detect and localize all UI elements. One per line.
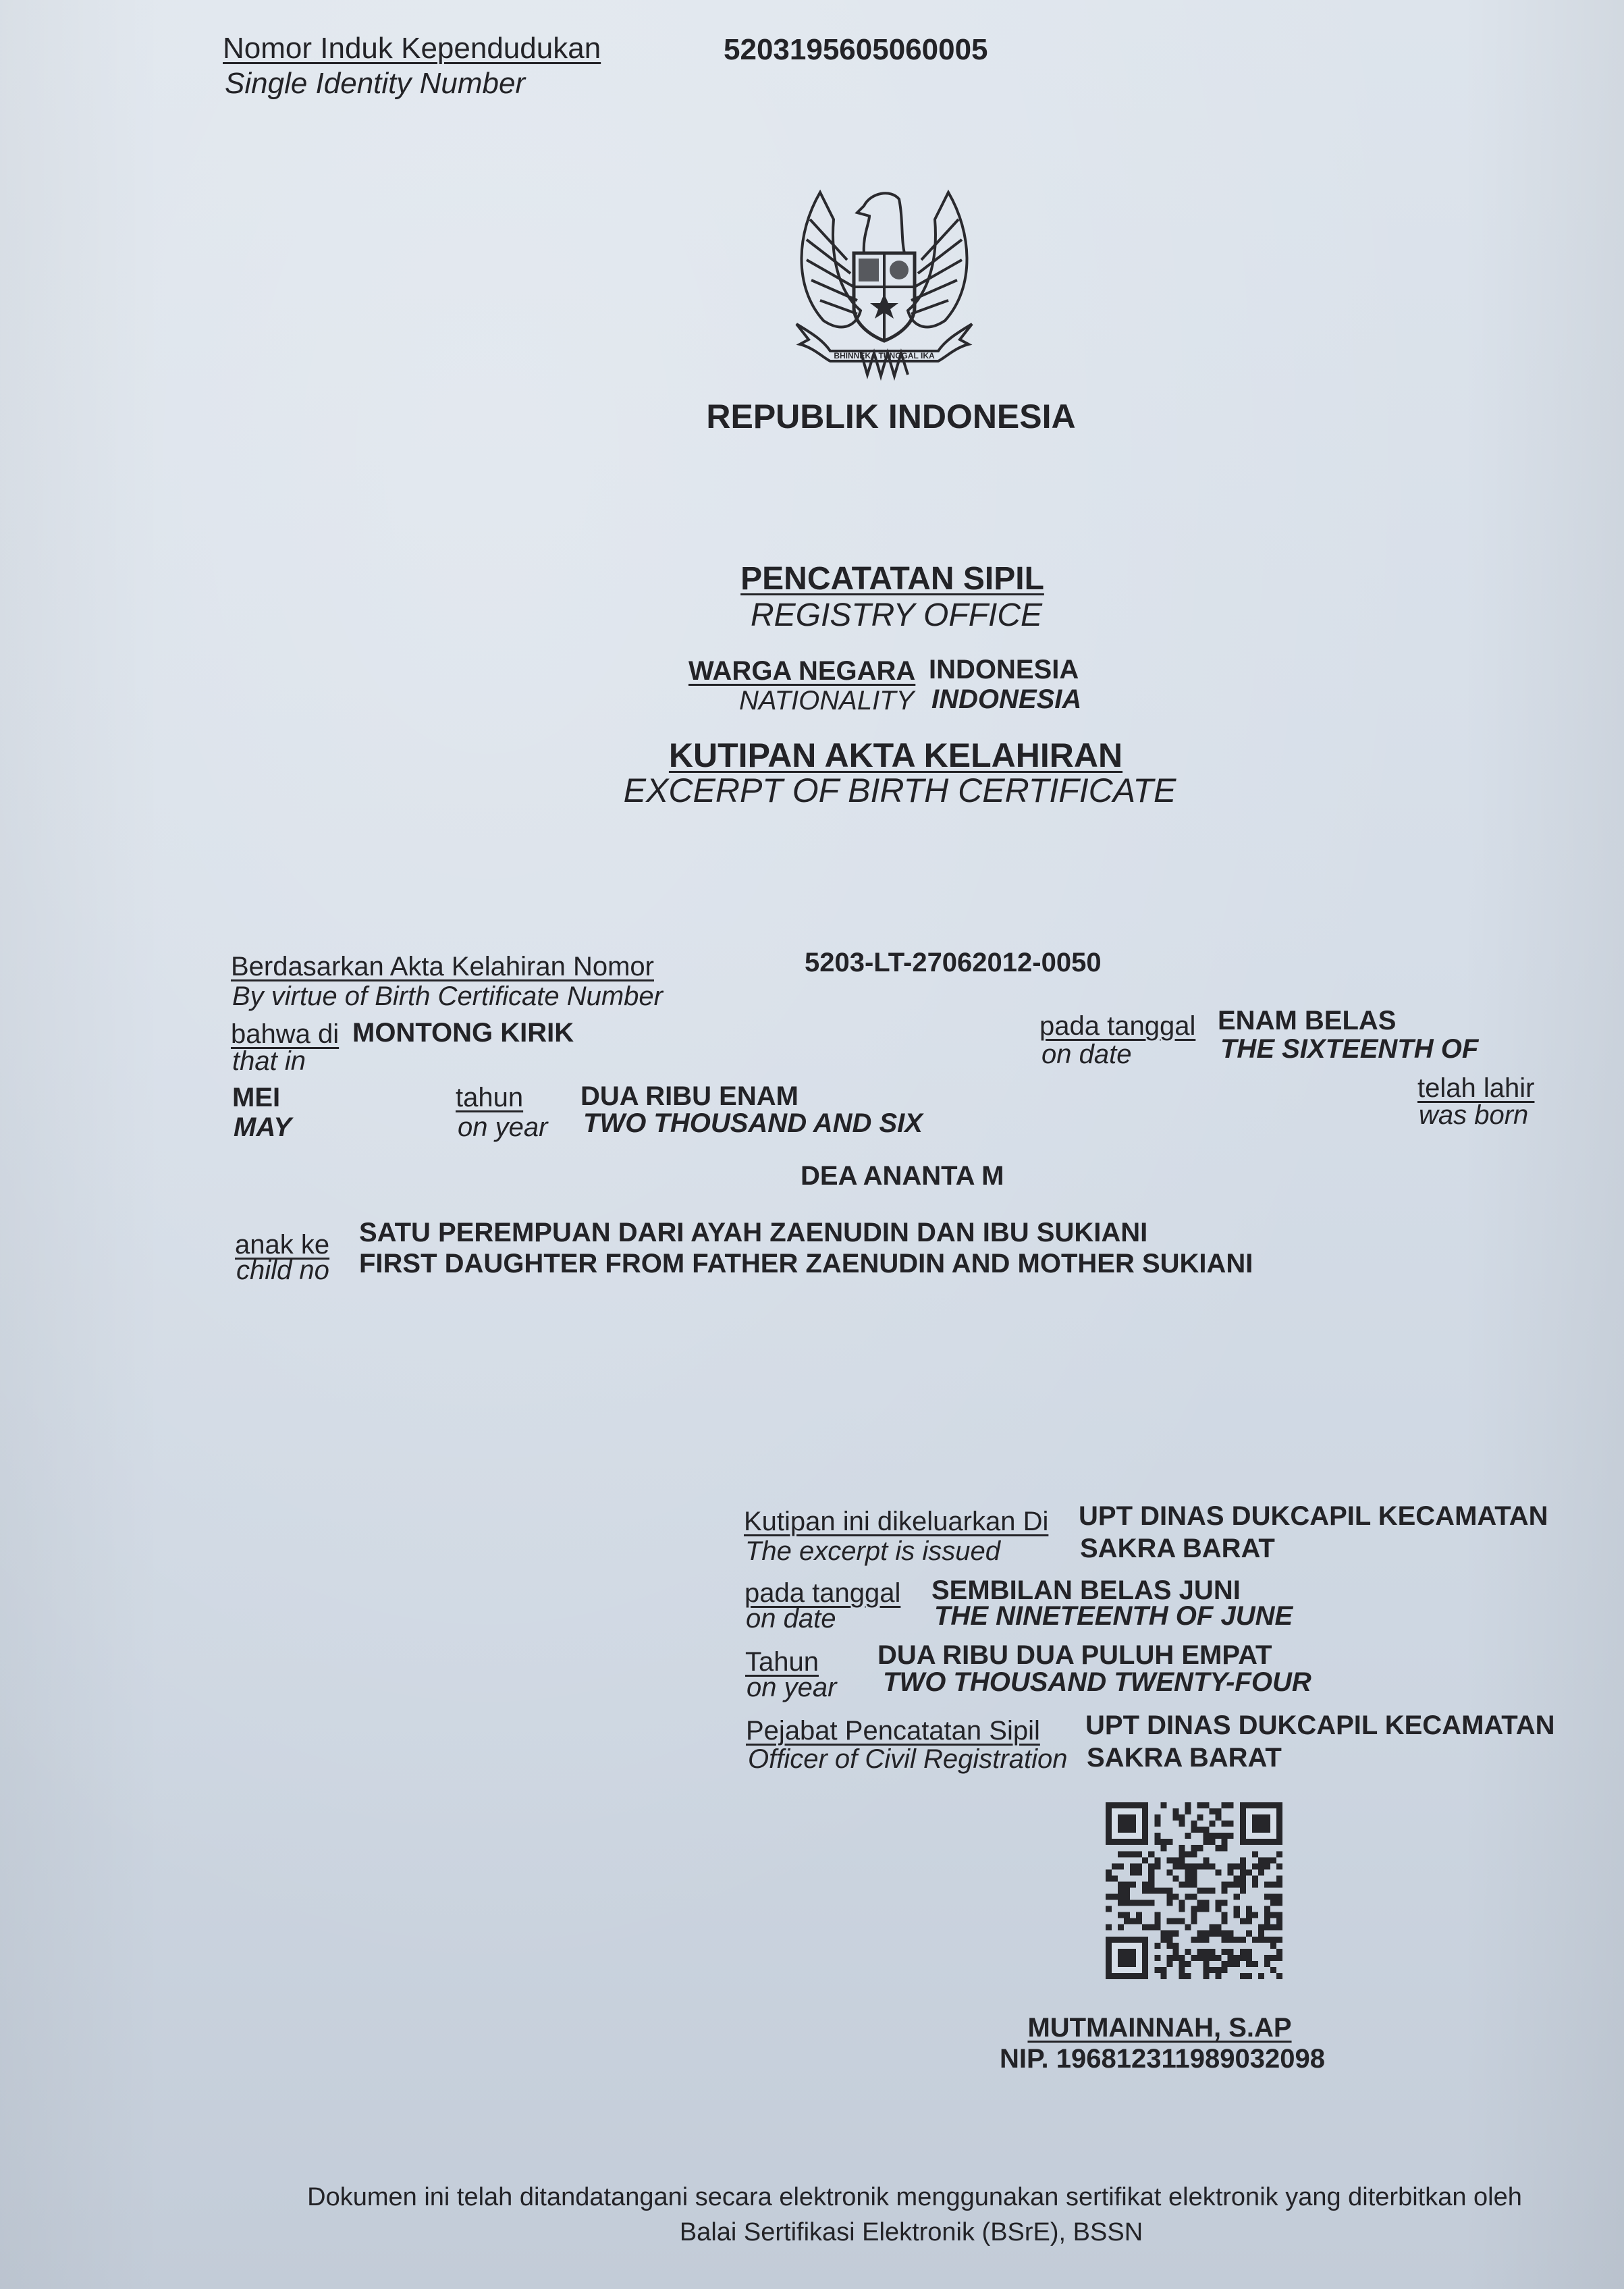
issued-at-value-line2: SAKRA BARAT	[1080, 1534, 1275, 1563]
nationality-value: INDONESIA	[929, 655, 1079, 685]
officer-label-en: Officer of Civil Registration	[748, 1744, 1067, 1774]
office-label: PENCATATAN SIPIL	[740, 560, 1044, 597]
officer-name: MUTMAINNAH, S.AP	[1027, 2013, 1291, 2043]
birth-date-label: pada tanggal	[1039, 1011, 1195, 1041]
nik-label: Nomor Induk Kependudukan	[223, 34, 601, 63]
officer-nip: NIP. 196812311989032098	[1000, 2044, 1325, 2074]
issue-date-label-en: on date	[746, 1604, 836, 1634]
nik-value: 5203195605060005	[724, 35, 988, 65]
born-label-en: was born	[1419, 1100, 1528, 1130]
svg-text:BHINNEKA TUNGGAL IKA: BHINNEKA TUNGGAL IKA	[834, 351, 935, 360]
place-value: MONTONG KIRIK	[352, 1018, 574, 1048]
cert-number-label-en: By virtue of Birth Certificate Number	[232, 981, 663, 1011]
garuda-emblem-icon: BHINNEKA TUNGGAL IKA	[783, 179, 985, 381]
issue-year-value-en: TWO THOUSAND TWENTY-FOUR	[883, 1667, 1311, 1697]
nik-label-en: Single Identity Number	[225, 69, 525, 99]
born-label: telah lahir	[1417, 1073, 1534, 1103]
issued-at-value-line1: UPT DINAS DUKCAPIL KECAMATAN	[1079, 1501, 1548, 1531]
officer-label: Pejabat Pencatatan Sipil	[746, 1716, 1040, 1746]
cert-number-value: 5203-LT-27062012-0050	[805, 948, 1102, 977]
birth-date-label-en: on date	[1041, 1040, 1131, 1069]
nationality-value-en: INDONESIA	[931, 684, 1081, 715]
officer-value-line2: SAKRA BARAT	[1087, 1743, 1282, 1773]
birth-month-value: MEI	[232, 1083, 280, 1112]
birth-year-label: tahun	[456, 1083, 523, 1112]
country-title: REPUBLIK INDONESIA	[706, 397, 1075, 436]
footer-line1: Dokumen ini telah ditandatangani secara …	[307, 2183, 1522, 2212]
issue-year-value: DUA RIBU DUA PULUH EMPAT	[877, 1640, 1272, 1670]
child-no-value: SATU PEREMPUAN DARI AYAH ZAENUDIN DAN IB…	[359, 1218, 1147, 1247]
birth-date-value: ENAM BELAS	[1218, 1006, 1396, 1035]
officer-value-line1: UPT DINAS DUKCAPIL KECAMATAN	[1085, 1711, 1555, 1740]
issue-date-value-en: THE NINETEENTH OF JUNE	[934, 1601, 1293, 1631]
issued-at-label: Kutipan ini dikeluarkan Di	[744, 1507, 1048, 1536]
place-label-en: that in	[232, 1046, 306, 1076]
nationality-label: WARGA NEGARA	[688, 656, 915, 686]
place-label: bahwa di	[231, 1019, 339, 1049]
qr-code-icon[interactable]	[1106, 1802, 1282, 1979]
birth-year-label-en: on year	[458, 1112, 547, 1142]
footer-line2: Balai Sertifikasi Elektronik (BSrE), BSS…	[680, 2218, 1143, 2247]
child-no-value-en: FIRST DAUGHTER FROM FATHER ZAENUDIN AND …	[359, 1249, 1253, 1278]
birth-date-value-en: THE SIXTEENTH OF	[1220, 1034, 1478, 1064]
child-name: DEA ANANTA M	[801, 1161, 1004, 1191]
child-no-label-en: child no	[236, 1256, 329, 1285]
cert-number-label: Berdasarkan Akta Kelahiran Nomor	[231, 952, 654, 981]
nationality-label-en: NATIONALITY	[739, 686, 914, 716]
birth-year-value-en: TWO THOUSAND AND SIX	[583, 1108, 923, 1138]
issue-year-label-en: on year	[747, 1673, 836, 1702]
issued-at-label-en: The excerpt is issued	[745, 1536, 1000, 1566]
document-title: KUTIPAN AKTA KELAHIRAN	[669, 736, 1122, 775]
birth-year-value: DUA RIBU ENAM	[580, 1081, 799, 1111]
office-label-en: REGISTRY OFFICE	[751, 597, 1042, 634]
document-title-en: EXCERPT OF BIRTH CERTIFICATE	[624, 771, 1176, 810]
birth-month-value-en: MAY	[234, 1112, 292, 1142]
